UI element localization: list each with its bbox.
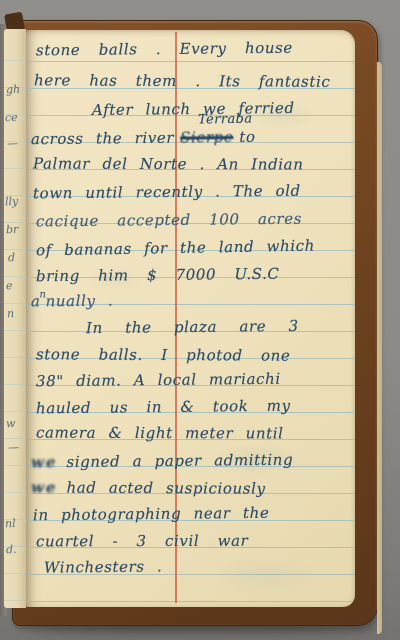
handwriting-line: cacique accepted 100 acres [36,210,302,231]
line-text: to [239,128,255,146]
edge-fragment: w [6,417,26,431]
notebook-photo: gh ce — lly br d e n w — nl d. stone bal… [0,0,400,640]
edge-fragment: n [7,307,27,321]
struck-word: Sierpe [180,128,233,147]
edge-fragment: br [6,223,26,237]
handwriting-line: annually . [31,292,113,311]
page-stack-edge [377,62,382,634]
handwriting-line: stone balls. I photod one [36,345,291,364]
handwriting-line: Winchesters . [44,557,163,576]
line-text: nually . [46,292,114,311]
smudged-word: we [31,478,58,496]
handwriting-line: cuartel - 3 civil war [36,532,248,551]
handwriting-line: here has them . Its fantastic [34,71,330,91]
facing-page-edge: gh ce — lly br d e n w — nl d. [4,29,26,608]
handwriting-line: 38" diam. A local mariachi [36,370,281,391]
handwriting-line: Palmar del Norte . An Indian [33,155,304,174]
edge-fragment: ce [5,111,25,125]
edge-fragment: lly [5,195,25,209]
handwriting-line: across the riverSierpeto [31,128,256,148]
edge-fragment: — [7,137,27,151]
line-text: had acted suspiciously [66,479,265,498]
smudged-word: we [31,453,58,471]
inserted-word: Térraba [198,112,253,128]
handwriting-line: camera & light meter until [36,424,284,443]
handwriting-line: After lunch we ferried [92,99,295,119]
line-text: signed a paper admitting [66,451,293,471]
handwriting-line: wesigned a paper admitting [31,451,293,472]
handwriting-line: in photographing near the [33,504,270,524]
edge-fragment: e [6,279,26,293]
handwriting-line: town until recently . The old [33,182,301,203]
handwriting-line: wehad acted suspiciously [31,478,266,497]
edge-fragment: d. [6,543,26,557]
edge-fragment: nl [5,517,25,531]
line-text: across the river [31,129,174,148]
handwriting-line: stone balls . Every house [36,39,293,60]
handwriting-line: hauled us in & took my [36,397,291,418]
edge-fragment: gh [6,83,26,97]
handwriting-line: bring him $ 7000 U.S.C [36,265,280,286]
inserted-letter: n [39,289,46,300]
handwriting-line: In the plaza are 3 [86,317,299,337]
